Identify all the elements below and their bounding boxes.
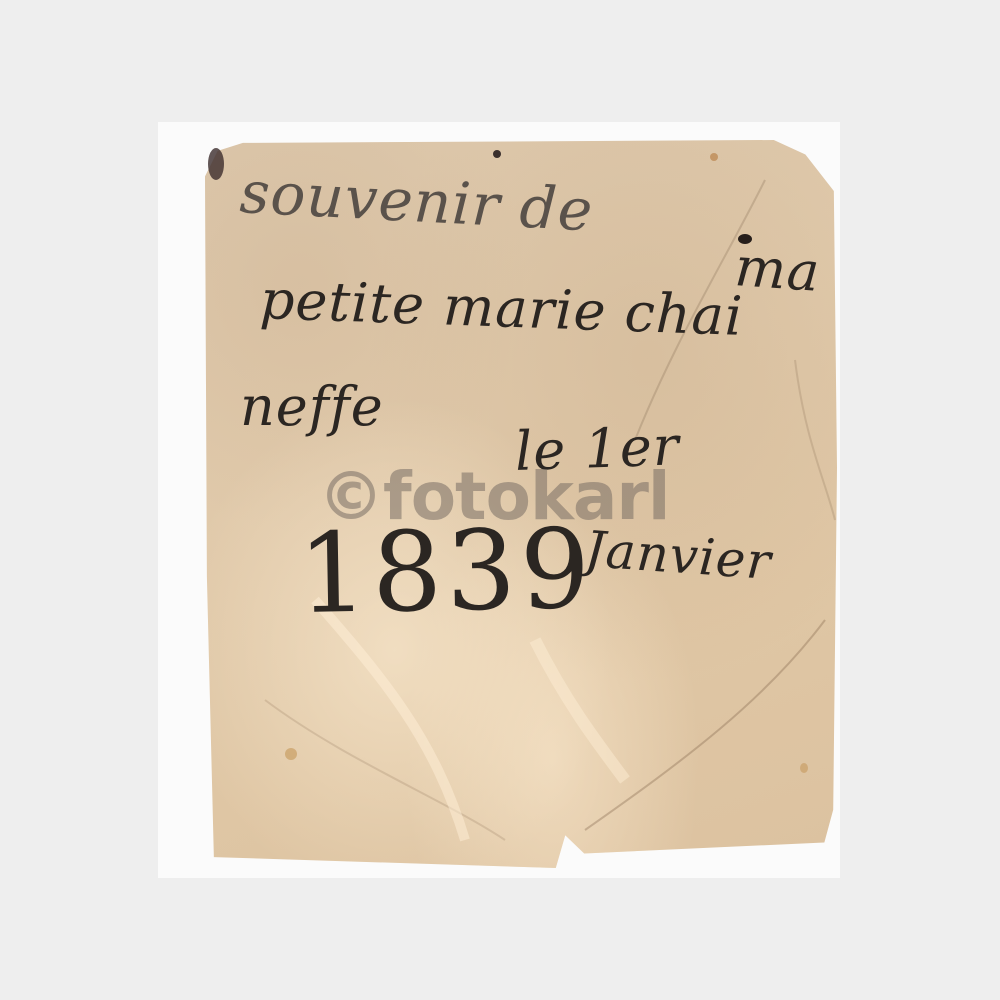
ink-stain bbox=[208, 148, 224, 180]
handwriting-line-3: neffe bbox=[240, 375, 384, 438]
handwriting-line-1-end: ma bbox=[733, 235, 823, 304]
rust-spot bbox=[710, 153, 718, 161]
watermark: ©fotokarl bbox=[318, 458, 670, 535]
rust-spot bbox=[800, 763, 808, 773]
ink-dot bbox=[493, 150, 501, 158]
rust-spot bbox=[285, 748, 297, 760]
